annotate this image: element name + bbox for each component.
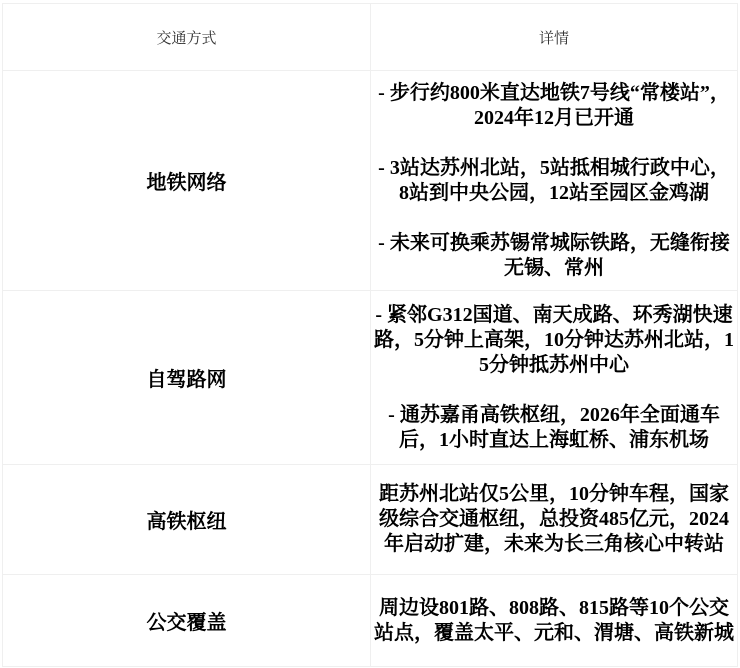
detail-paragraph: - 3站达苏州北站，5站抵相城行政中心，8站到中央公园，12站至园区金鸡湖 bbox=[374, 156, 734, 206]
method-label: 自驾路网 bbox=[147, 363, 227, 392]
table-header-row: 交通方式 详情 bbox=[3, 4, 737, 70]
method-label: 公交覆盖 bbox=[147, 606, 227, 635]
details-cell: 周边设801路、808路、815路等10个公交站点，覆盖太平、元和、渭塘、高铁新… bbox=[370, 575, 737, 666]
table-row: 公交覆盖 周边设801路、808路、815路等10个公交站点，覆盖太平、元和、渭… bbox=[3, 574, 737, 666]
header-cell-method: 交通方式 bbox=[3, 4, 370, 70]
details-cell: - 步行约800米直达地铁7号线“常楼站”，2024年12月已开通- 3站达苏州… bbox=[370, 71, 737, 290]
table-row: 自驾路网 - 紧邻G312国道、南天成路、环秀湖快速路，5分钟上高架，10分钟达… bbox=[3, 290, 737, 464]
traffic-table: 交通方式 详情 地铁网络 - 步行约800米直达地铁7号线“常楼站”，2024年… bbox=[2, 3, 738, 667]
detail-paragraph: - 步行约800米直达地铁7号线“常楼站”，2024年12月已开通 bbox=[374, 81, 734, 131]
detail-paragraph: 距苏州北站仅5公里，10分钟车程，国家级综合交通枢纽，总投资485亿元，2024… bbox=[374, 482, 734, 557]
detail-paragraph: - 未来可换乘苏锡常城际铁路，无缝衔接无锡、常州 bbox=[374, 231, 734, 281]
method-cell: 公交覆盖 bbox=[3, 575, 370, 666]
header-cell-details: 详情 bbox=[370, 4, 737, 70]
method-cell: 自驾路网 bbox=[3, 291, 370, 464]
method-cell: 高铁枢纽 bbox=[3, 465, 370, 574]
detail-paragraph: - 紧邻G312国道、南天成路、环秀湖快速路，5分钟上高架，10分钟达苏州北站，… bbox=[374, 303, 734, 378]
details-cell: 距苏州北站仅5公里，10分钟车程，国家级综合交通枢纽，总投资485亿元，2024… bbox=[370, 465, 737, 574]
detail-paragraph: - 通苏嘉甬高铁枢纽，2026年全面通车后，1小时直达上海虹桥、浦东机场 bbox=[374, 403, 734, 453]
table-row: 高铁枢纽 距苏州北站仅5公里，10分钟车程，国家级综合交通枢纽，总投资485亿元… bbox=[3, 464, 737, 574]
method-label: 地铁网络 bbox=[147, 166, 227, 195]
detail-paragraph: 周边设801路、808路、815路等10个公交站点，覆盖太平、元和、渭塘、高铁新… bbox=[374, 596, 734, 646]
method-cell: 地铁网络 bbox=[3, 71, 370, 290]
details-cell: - 紧邻G312国道、南天成路、环秀湖快速路，5分钟上高架，10分钟达苏州北站，… bbox=[370, 291, 737, 464]
table-row: 地铁网络 - 步行约800米直达地铁7号线“常楼站”，2024年12月已开通- … bbox=[3, 70, 737, 290]
method-label: 高铁枢纽 bbox=[147, 505, 227, 534]
